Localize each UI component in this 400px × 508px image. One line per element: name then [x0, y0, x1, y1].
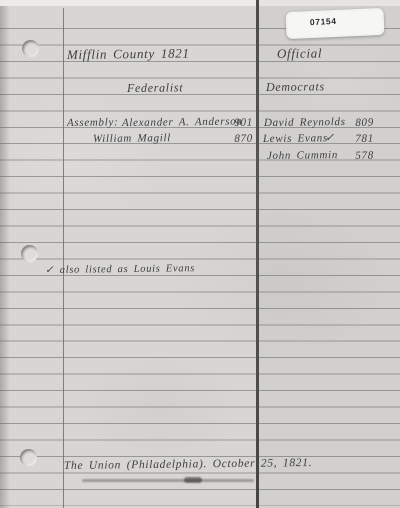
party-header-democrats: Democrats — [266, 79, 325, 95]
vote-count: 578 — [342, 149, 374, 163]
candidate-name: William Magill — [93, 131, 171, 146]
punch-hole-bottom — [20, 449, 37, 466]
page-edge-shadow — [0, 6, 10, 508]
office-label: Assembly: — [67, 115, 119, 130]
checkmark: ✓ — [325, 131, 335, 145]
vote-count: 781 — [342, 132, 374, 146]
candidate-name: David Reynolds — [264, 115, 346, 130]
party-header-federalist: Federalist — [127, 80, 184, 96]
scanned-document: { "catalog": { "label_number": "07154" }… — [0, 0, 400, 508]
center-fold-line — [256, 0, 259, 508]
left-margin-line — [63, 8, 64, 508]
punch-hole-middle — [21, 245, 38, 262]
title-county-year: Mifflin County 1821 — [67, 46, 190, 63]
punch-hole-top — [22, 40, 39, 57]
scan-smudge-blob — [184, 477, 202, 483]
title-official: Official — [277, 45, 323, 62]
vote-count: 901 — [221, 116, 253, 130]
candidate-name: John Cummin — [267, 148, 338, 163]
vote-count: 809 — [342, 116, 374, 130]
catalog-label: 07154 — [285, 8, 384, 39]
vote-count: 870 — [221, 132, 253, 146]
footnote: ✓ also listed as Louis Evans — [45, 262, 195, 277]
catalog-label-number: 07154 — [310, 16, 337, 27]
scan-smudge — [82, 479, 254, 482]
candidate-name: Lewis Evans — [263, 131, 328, 146]
